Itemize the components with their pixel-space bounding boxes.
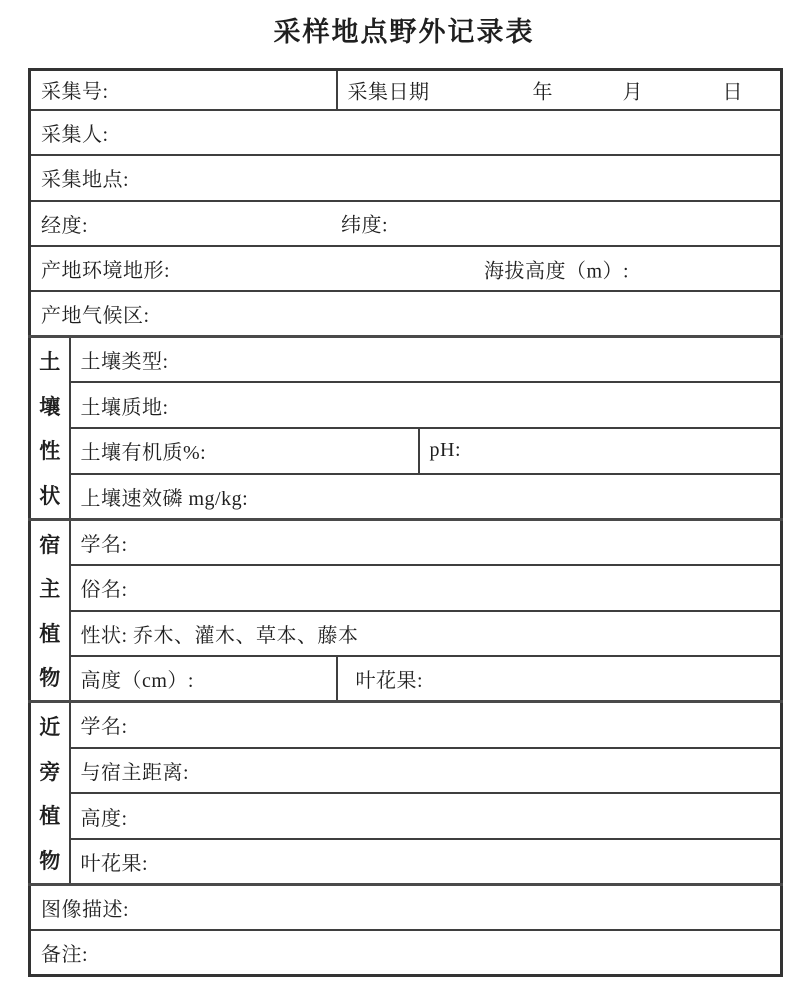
row-nearby-leaf: 叶花果: [30, 839, 782, 885]
nearby-section-label: 近 旁 植 物 [31, 704, 69, 882]
soil-phosphorus-cell: 上壤速效磷 mg/kg: [70, 474, 782, 520]
nearby-label-char: 旁 [39, 756, 60, 786]
host-habit-cell: 性状: 乔木、灌木、草本、藤本 [70, 611, 782, 657]
soil-ph-label: pH: [430, 439, 462, 461]
climate-label: 产地气候区: [41, 305, 150, 327]
nearby-label-char: 物 [39, 845, 60, 875]
soil-ph-cell: pH: [419, 428, 782, 474]
latitude-label: 纬度: [341, 209, 388, 238]
row-climate: 产地气候区: [30, 291, 782, 336]
collector-cell: 采集人: [30, 110, 782, 155]
host-sci-name-cell: 学名: [70, 519, 782, 565]
soil-label-char: 状 [39, 480, 60, 510]
row-soil-type: 土 壤 性 状 土壤类型: [30, 337, 782, 383]
row-soil-phosphorus: 上壤速效磷 mg/kg: [30, 474, 782, 520]
soil-type-cell: 土壤类型: [70, 337, 782, 383]
scanned-form-page: { "page": { "title": "采样地点野外记录表" }, "hea… [0, 0, 808, 1000]
host-section-label: 宿 主 植 物 [31, 522, 69, 700]
soil-label-char: 性 [39, 435, 60, 465]
row-host-common-name: 俗名: [30, 565, 782, 611]
site-cell: 采集地点: [30, 155, 782, 200]
altitude-label: 海拔高度（m）: [484, 254, 629, 283]
soil-texture-cell: 土壤质地: [70, 382, 782, 428]
host-leaf-flower-fruit-label: 叶花果: [356, 670, 424, 692]
row-remarks: 备注: [30, 930, 782, 976]
row-image-description: 图像描述: [30, 884, 782, 929]
host-common-name-label: 俗名: [81, 579, 128, 601]
host-common-name-cell: 俗名: [70, 565, 782, 611]
soil-texture-label: 土壤质地: [81, 397, 169, 419]
host-label-char: 主 [39, 573, 60, 603]
row-host-sci-name: 宿 主 植 物 学名: [30, 519, 782, 565]
row-nearby-sci-name: 近 旁 植 物 学名: [30, 702, 782, 748]
nearby-height-label: 高度: [81, 808, 128, 830]
row-terrain-altitude: 产地环境地形: 海拔高度（m）: [30, 246, 782, 291]
row-nearby-height: 高度: [30, 793, 782, 839]
remarks-cell: 备注: [30, 930, 782, 976]
row-collector: 采集人: [30, 110, 782, 155]
nearby-section-label-cell: 近 旁 植 物 [30, 702, 70, 885]
soil-type-label: 土壤类型: [81, 351, 169, 373]
site-label: 采集地点: [41, 169, 129, 191]
collect-no-cell: 采集号: [30, 70, 337, 110]
soil-organic-label: 土壤有机质%: [81, 442, 207, 464]
nearby-label-char: 植 [39, 800, 60, 830]
nearby-leaf-flower-fruit-cell: 叶花果: [70, 839, 782, 885]
host-section-label-cell: 宿 主 植 物 [30, 519, 70, 702]
terrain-altitude-cell: 产地环境地形: 海拔高度（m）: [30, 246, 782, 291]
row-soil-texture: 土壤质地: [30, 382, 782, 428]
row-host-height-leaf: 高度（cm）: 叶花果: [30, 656, 782, 702]
row-nearby-distance: 与宿主距离: [30, 748, 782, 794]
terrain-label: 产地环境地形: [41, 260, 170, 282]
soil-section-label: 土 壤 性 状 [31, 339, 69, 517]
day-label: 日 [723, 75, 744, 104]
host-height-label: 高度（cm）: [81, 670, 195, 692]
nearby-label-char: 近 [39, 711, 60, 741]
nearby-leaf-flower-fruit-label: 叶花果: [81, 853, 149, 875]
soil-organic-cell: 土壤有机质%: [70, 428, 419, 474]
host-habit-label: 性状: 乔木、灌木、草本、藤本 [81, 625, 359, 647]
remarks-label: 备注: [41, 944, 88, 966]
climate-cell: 产地气候区: [30, 291, 782, 336]
collector-label: 采集人: [41, 124, 109, 146]
row-soil-organic-ph: 土壤有机质%: pH: [30, 428, 782, 474]
soil-label-char: 壤 [39, 391, 60, 421]
host-height-cell: 高度（cm）: [70, 656, 337, 702]
row-site: 采集地点: [30, 155, 782, 200]
host-label-char: 植 [39, 618, 60, 648]
collect-date-label: 采集日期 [348, 75, 430, 104]
longitude-latitude-cell: 经度: 纬度: [30, 201, 782, 246]
longitude-label: 经度: [41, 215, 88, 237]
nearby-sci-name-cell: 学名: [70, 702, 782, 748]
month-label: 月 [623, 75, 644, 104]
row-host-habit: 性状: 乔木、灌木、草本、藤本 [30, 611, 782, 657]
host-sci-name-label: 学名: [81, 534, 128, 556]
nearby-sci-name-label: 学名: [81, 716, 128, 738]
image-description-cell: 图像描述: [30, 884, 782, 929]
year-label: 年 [533, 75, 554, 104]
image-description-label: 图像描述: [41, 899, 129, 921]
soil-section-label-cell: 土 壤 性 状 [30, 337, 70, 520]
nearby-height-cell: 高度: [70, 793, 782, 839]
collect-no-label: 采集号: [41, 81, 109, 103]
page-title: 采样地点野外记录表 [0, 10, 808, 49]
nearby-distance-label: 与宿主距离: [81, 762, 190, 784]
host-label-char: 宿 [39, 529, 60, 559]
field-record-table: 采集号: 采集日期 年 月 日 采集人: 采集地点: 经度: 纬度: 产地环境地… [28, 68, 783, 977]
row-longitude-latitude: 经度: 纬度: [30, 201, 782, 246]
soil-phosphorus-label: 上壤速效磷 mg/kg: [81, 488, 249, 510]
soil-label-char: 土 [39, 346, 60, 376]
collect-date-cell: 采集日期 年 月 日 [337, 70, 782, 110]
host-leaf-flower-fruit-cell: 叶花果: [337, 656, 782, 702]
row-collect-no-date: 采集号: 采集日期 年 月 日 [30, 70, 782, 110]
nearby-distance-cell: 与宿主距离: [70, 748, 782, 794]
host-label-char: 物 [39, 662, 60, 692]
